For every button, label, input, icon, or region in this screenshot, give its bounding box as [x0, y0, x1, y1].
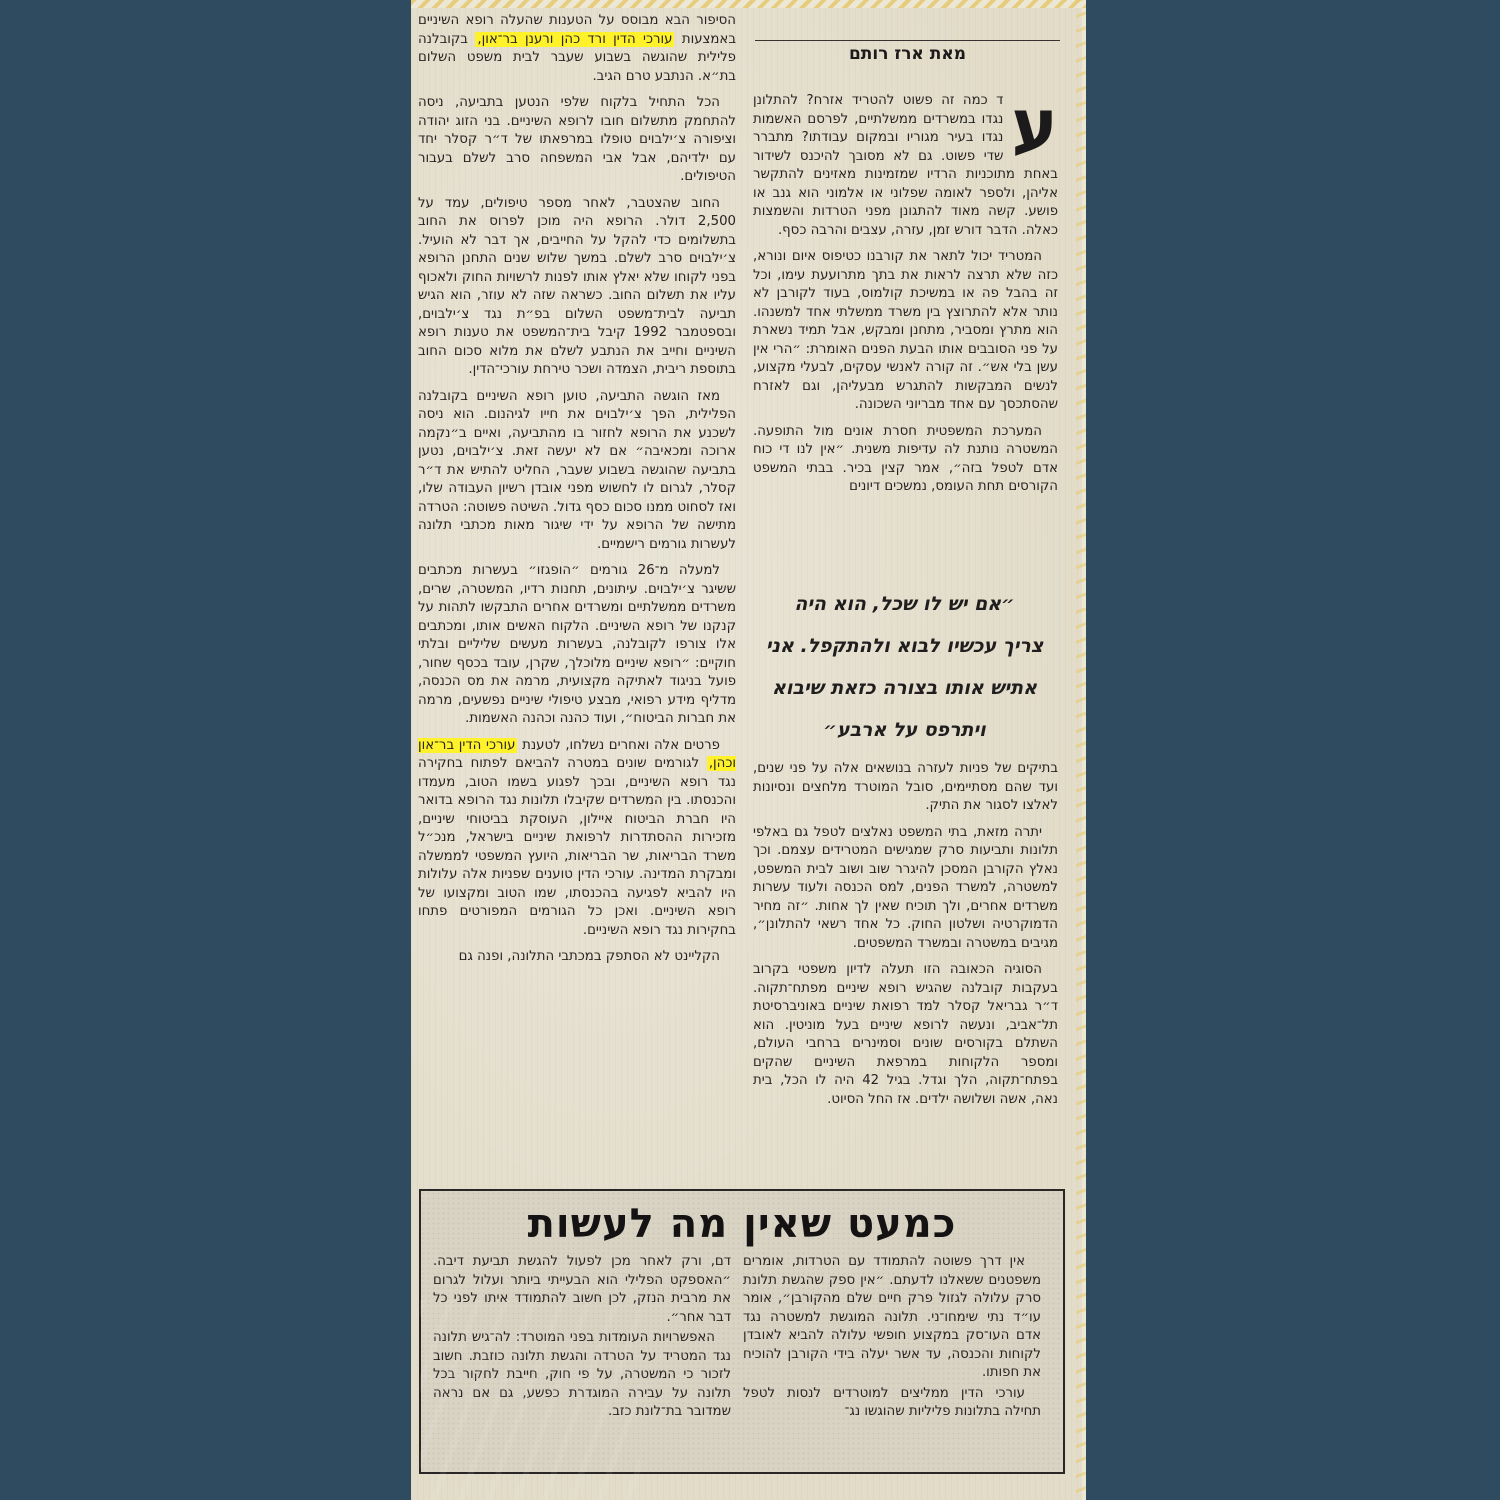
highlighted-lawyer-names: עורכי הדין ורד כהן ורענן בר־און,	[475, 32, 674, 47]
left-paragraph-1: הסיפור הבא מבוסס על הטענות שהעלה רופא הש…	[418, 12, 736, 86]
article-right-column-lower: בתיקים של פניות לעזרה בנושאים אלה על פני…	[753, 760, 1058, 1117]
left-paragraph-5: למעלה מ־26 גורמים ״הופגזו״ בעשרות מכתבים…	[418, 562, 736, 729]
left-paragraph-4: מאז הוגשה התביעה, טוען רופא השיניים בקוב…	[418, 388, 736, 555]
author-byline: מאת ארז רותם	[755, 44, 1060, 64]
sidebar-box-left-column: דם, ורק לאחר מכן לפעול להגשת תביעת דיבה.…	[433, 1253, 731, 1424]
article-right-column-upper: ע ד כמה זה פשוט להטריד אזרח? להתלונן נגד…	[753, 92, 1058, 505]
left-paragraph-6: פרטים אלה ואחרים נשלחו, לטענת עורכי הדין…	[418, 737, 736, 941]
clipping-torn-right-edge	[1076, 0, 1086, 1500]
right-paragraph-5: יתרה מזאת, בתי המשפט נאלצים לטפל גם באלפ…	[753, 824, 1058, 954]
right-paragraph-3: המערכת המשפטית חסרת אונים מול התופעה. המ…	[753, 423, 1058, 497]
box-right-paragraph-1: אין דרך פשוטה להתמודד עם הטרדות, אומרים …	[743, 1253, 1041, 1383]
left-paragraph-2: הכל התחיל בלקוח שלפי הנטען בתביעה, ניסה …	[418, 94, 736, 187]
pull-quote-line: ״אם יש לו שכל, הוא היה	[752, 583, 1057, 625]
clipping-torn-top-edge	[411, 0, 1086, 8]
box-left-paragraph-1: דם, ורק לאחר מכן לפעול להגשת תביעת דיבה.…	[433, 1253, 731, 1327]
right-paragraph-1: ע ד כמה זה פשוט להטריד אזרח? להתלונן נגד…	[753, 92, 1058, 240]
pull-quote-line: אתיש אותו בצורה כזאת שיבוא	[752, 667, 1057, 709]
right-paragraph-6: הסוגיה הכאובה הזו תעלה לדיון משפטי בקרוב…	[753, 961, 1058, 1109]
article-left-column: הסיפור הבא מבוסס על הטענות שהעלה רופא הש…	[418, 12, 736, 975]
left-paragraph-7: הקליינט לא הסתפק במכתבי התלונה, ופנה גם	[418, 948, 736, 967]
pull-quote-line: צריך עכשיו לבוא ולהתקפל. אני	[752, 625, 1057, 667]
byline-rule	[755, 40, 1060, 41]
drop-cap: ע	[1011, 94, 1058, 156]
box-right-paragraph-2: עורכי הדין ממליצים למוטרדים לנסות לטפל ת…	[743, 1385, 1041, 1422]
left-paragraph-3: החוב שהצטבר, לאחר מספר טיפולים, עמד על 2…	[418, 195, 736, 380]
right-paragraph-4: בתיקים של פניות לעזרה בנושאים אלה על פני…	[753, 760, 1058, 816]
sidebar-box-right-column: אין דרך פשוטה להתמודד עם הטרדות, אומרים …	[743, 1253, 1041, 1424]
pull-quote: ״אם יש לו שכל, הוא היה צריך עכשיו לבוא ו…	[752, 583, 1057, 751]
sidebar-box-title: כמעט שאין מה לעשות	[421, 1201, 1063, 1247]
sidebar-box: כמעט שאין מה לעשות אין דרך פשוטה להתמודד…	[419, 1189, 1065, 1474]
pull-quote-line: ויתרפס על ארבע״	[752, 709, 1057, 751]
box-left-paragraph-2: האפשרויות העומדות בפני המוטרד: לה־גיש תל…	[433, 1329, 731, 1422]
right-paragraph-2: המטריד יכול לתאר את קורבנו כטיפוס איום ו…	[753, 248, 1058, 415]
